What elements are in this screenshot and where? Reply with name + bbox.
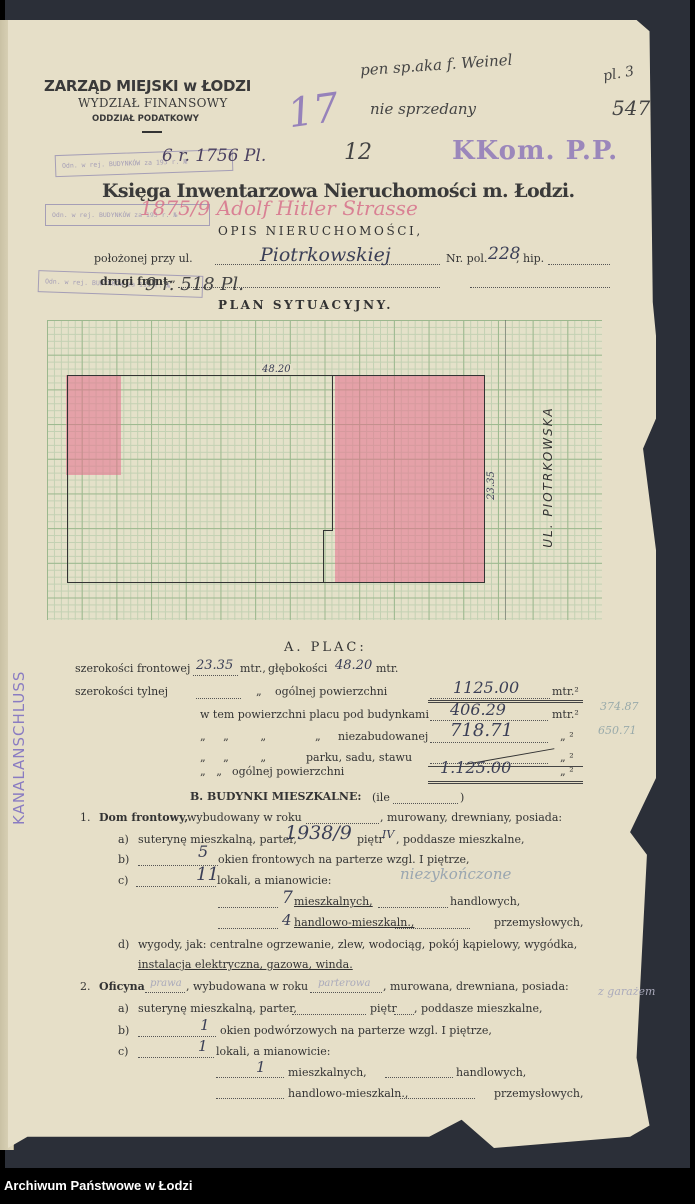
fh-industrial-label: przemysłowych,	[494, 916, 583, 929]
annex-type-field	[145, 992, 185, 993]
site-plan-grid: 48.20 23.35 UL. PIOTRKOWSKA	[47, 320, 602, 620]
an-mixed-field	[216, 1098, 284, 1099]
built-area-label: w tem powierzchni placu pod budynkami	[200, 708, 429, 721]
fh-c-value: 11	[196, 864, 219, 885]
an-c-field	[138, 1057, 214, 1058]
mtr-label: mtr.,	[240, 662, 266, 675]
fh-b-value: 5	[198, 842, 208, 861]
annex-label: Oficyna	[99, 980, 145, 993]
stamp-3-handwriting: 9 r. 518 Pl.	[145, 274, 244, 295]
buildings-count-close: )	[460, 791, 464, 804]
buildings-count-field	[393, 803, 458, 804]
fh-residential-value: 7	[282, 888, 293, 908]
built-area-value: 406.29	[450, 700, 506, 719]
total-area-value: 1125.00	[453, 678, 519, 697]
an-a-attic: , poddasze mieszkalne,	[414, 1002, 542, 1015]
an-b-label: b)	[118, 1024, 129, 1037]
right-margin-line	[505, 320, 506, 620]
street-label: położonej przy ul.	[94, 252, 193, 265]
park-area-label: parku, sadu, stawu	[306, 751, 412, 764]
building-edge-lower	[323, 530, 324, 583]
rear-width-field	[196, 698, 241, 699]
note-line-2: nie sprzedany	[370, 100, 476, 118]
stamp-1-handwriting: 6 r. 1756 Pl.	[162, 146, 266, 166]
front-dimension: 23.35	[486, 471, 497, 500]
an-c-label: c)	[118, 1045, 128, 1058]
street-name-label: UL. PIOTRKOWSKA	[541, 406, 555, 548]
an-residential-value: 1	[256, 1058, 266, 1076]
sum-ditto: „ „	[200, 765, 222, 778]
description-heading: OPIS NIERUCHOMOŚCI,	[218, 224, 423, 238]
an-industrial-field	[400, 1098, 475, 1099]
an-a-field	[292, 1014, 366, 1015]
an-a-label: a)	[118, 1002, 129, 1015]
unbuilt-ditto-1: „ „ „ „	[200, 730, 321, 743]
fh-commercial-label: handlowych,	[450, 895, 520, 908]
fh-c-label: c)	[118, 874, 128, 887]
depth-label: głębokości	[268, 662, 327, 675]
total-area-label: ogólnej powierzchni	[275, 685, 387, 698]
unbuilt-area-unit: „ ²	[560, 730, 574, 743]
annex-year-value: parterowa	[318, 978, 370, 989]
header-divider	[142, 131, 162, 133]
department-heading: WYDZIAŁ FINANSOWY	[78, 96, 228, 110]
sum-area-unit: „ ²	[560, 765, 574, 778]
fh-mixed-field	[218, 928, 278, 929]
fh-d-text2: instalacja elektryczna, gazowa, winda.	[138, 958, 353, 971]
an-a-text: suterynę mieszkalną, parter,	[138, 1002, 297, 1015]
an-a-floors-field	[394, 1014, 414, 1015]
fh-mixed-value: 4	[282, 911, 292, 929]
built-area-unit: mtr.²	[552, 708, 579, 721]
fh-a-floors-label: piętr	[357, 833, 384, 846]
mtr-end-label: mtr.	[376, 662, 398, 675]
margin-note-2: 650.71	[598, 724, 637, 737]
fh-industrial-field	[395, 928, 470, 929]
park-ditto: „ „ „	[200, 751, 266, 764]
rear-width-label: szerokości tylnej	[75, 685, 168, 698]
annex-year-field	[310, 992, 382, 993]
an-residential-field	[216, 1077, 284, 1078]
archive-caption: Archiwum Państwowe w Łodzi	[4, 1178, 193, 1193]
an-c-value: 1	[198, 1037, 208, 1055]
hip-label: , hip.	[516, 252, 544, 265]
unbuilt-area-label: niezabudowanej	[338, 730, 428, 743]
fh-c-note: niezykończone	[400, 865, 511, 883]
plot-outline	[67, 375, 485, 583]
front-width-label: szerokości frontowej	[75, 662, 190, 675]
fh-a-attic: , poddasze mieszkalne,	[396, 833, 524, 846]
unbuilt-area-field	[430, 742, 548, 743]
park-area-unit: „ ²	[560, 751, 574, 764]
an-b-text: okien podwórzowych na parterze wzgl. I p…	[220, 1024, 492, 1037]
building-edge	[332, 375, 333, 530]
folio-number: 547	[612, 96, 650, 120]
an-commercial-label: handlowych,	[456, 1066, 526, 1079]
an-mixed-label: handlowo-mieszkaln.,	[288, 1087, 408, 1100]
depth-dimension: 48.20	[260, 364, 293, 375]
annex-material: , murowana, drewniana, posiada:	[383, 980, 569, 993]
authority-heading: ZARZĄD MIEJSKI w ŁODZI	[44, 77, 251, 95]
buildings-heading: B. BUDYNKI MIESZKALNE:	[190, 790, 361, 803]
total-area-field	[430, 698, 550, 699]
fh-d-label: d)	[118, 938, 129, 951]
document-title: Księga Inwentarzowa Nieruchomości m. Łod…	[102, 180, 575, 202]
margin-note-1: 374.87	[600, 700, 639, 713]
sum-area-label: ogólnej powierzchni	[232, 765, 344, 778]
fh-c-text: lokali, a mianowicie:	[217, 874, 332, 887]
buildings-count-label: (ile	[372, 791, 390, 804]
street-value: Piotrkowskiej	[260, 244, 391, 266]
fh-residential-label: mieszkalnych,	[294, 895, 373, 908]
number-12: 12	[344, 140, 372, 165]
sum-area-value: 1.125.00	[440, 758, 511, 777]
fh-b-label: b)	[118, 853, 129, 866]
violet-number-annotation: 17	[285, 85, 342, 138]
double-rule	[428, 781, 583, 784]
fh-a-floors-value: IV	[382, 828, 394, 841]
kanalanschluss-stamp: KANALANSCHLUSS	[10, 671, 28, 825]
an-residential-label: mieszkalnych,	[288, 1066, 367, 1079]
second-front-number-field	[470, 287, 610, 288]
front-house-number: 1.	[80, 811, 91, 824]
an-a-floors-label: piętr	[370, 1002, 397, 1015]
section-heading: ODDZIAŁ PODATKOWY	[92, 114, 199, 124]
front-width-value: 23.35	[196, 658, 233, 673]
annex-type-value: prawa	[150, 978, 182, 989]
front-width-field	[193, 675, 238, 676]
rear-ditto: „	[256, 685, 262, 698]
fh-a-text: suterynę mieszkalną, parter,	[138, 833, 297, 846]
number-label: Nr. pol.	[446, 252, 487, 265]
plan-heading: PLAN SYTUACYJNY.	[218, 298, 393, 312]
annex-margin-note: z garażem	[598, 985, 655, 998]
depth-value: 48.20	[335, 658, 372, 673]
hip-field	[548, 264, 610, 265]
an-commercial-field	[385, 1077, 453, 1078]
fh-d-text1: wygody, jak: centralne ogrzewanie, zlew,…	[138, 938, 577, 951]
an-b-value: 1	[200, 1016, 210, 1034]
total-area-unit: mtr.²	[552, 685, 579, 698]
annex-number: 2.	[80, 980, 91, 993]
front-house-material: , murowany, drewniany, posiada:	[380, 811, 562, 824]
an-c-text: lokali, a mianowicie:	[216, 1045, 331, 1058]
fh-residential-field	[218, 907, 278, 908]
plac-heading: A. PLAC:	[284, 640, 367, 655]
fh-a-year: 1938/9	[285, 822, 352, 844]
building-step	[323, 530, 333, 531]
violet-office-stamp: KKom. P.P.	[452, 136, 618, 166]
front-house-label: Dom frontowy,	[99, 811, 188, 824]
an-industrial-label: przemysłowych,	[494, 1087, 583, 1100]
annex-built-label: , wybudowana w roku	[186, 980, 308, 993]
fh-commercial-field	[378, 907, 448, 908]
fh-a-label: a)	[118, 833, 129, 846]
fh-c-field	[136, 886, 216, 887]
unbuilt-area-value: 718.71	[450, 720, 513, 741]
